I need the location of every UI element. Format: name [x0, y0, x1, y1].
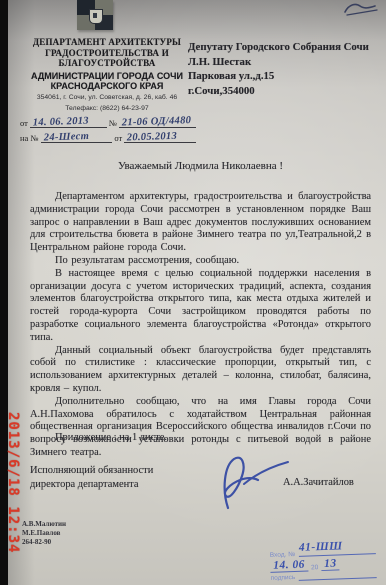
stamp-number-handwritten: 41-ШШ [299, 540, 343, 554]
stamp-number-row: Вход. № 41-ШШ [269, 535, 376, 559]
dept-name-line: БЛАГОУСТРОЙСТВА [18, 58, 196, 69]
in-date-slot: 20.05.2013 [124, 130, 196, 143]
executor-name: М.Е.Павлов [22, 529, 66, 538]
incoming-ref-line: на № 24-Шест от 20.05.2013 [18, 131, 196, 143]
in-number-slot: 24-Шест [41, 130, 113, 143]
admin-name-line: КРАСНОДАРСКОГО КРАЯ [18, 81, 196, 92]
executor-name: А.В.Малютин [22, 520, 66, 529]
body-paragraph: Дополнительно сообщаю, что на имя Главы … [30, 396, 371, 460]
dept-name-line: ДЕПАРТАМЕНТ АРХИТЕКТУРЫ [18, 37, 196, 48]
out-from-label: от [18, 118, 30, 128]
signer-role-line: Исполняющий обязанности [30, 464, 153, 478]
body-paragraph: Данный социальный объект благоустройства… [30, 345, 371, 396]
coat-of-arms-icon [77, 0, 113, 30]
signer-role: Исполняющий обязанности директора департ… [30, 464, 153, 491]
recipient-block: Депутату Городского Собрания Сочи Л.Н. Ш… [188, 40, 369, 98]
stamp-signature-label: подпись [271, 574, 296, 582]
stamp-number-line: 41-ШШ [299, 535, 376, 557]
recipient-line: Депутату Городского Собрания Сочи [188, 40, 369, 55]
letter-body: Департаментом архитектуры, градостроител… [30, 191, 371, 460]
letter-photo: 2013/6/18 12:34 ДЕПАРТАМЕНТ АРХИТЕКТУРЫ … [0, 0, 386, 585]
admin-name-line: АДМИНИСТРАЦИИ ГОРОДА СОЧИ [18, 71, 196, 82]
in-from-label: от [112, 133, 124, 143]
letterhead-address: 354061, г. Сочи, ул. Советская, д. 26, к… [18, 94, 196, 103]
stamp-year-prefix: 20 [311, 564, 318, 571]
recipient-line: Парковая ул.,д.15 [188, 69, 369, 84]
stamp-incoming-label: Вход. № [270, 551, 296, 559]
camera-timestamp: 2013/6/18 12:34 [0, 412, 21, 585]
in-date-handwritten: 20.05.2013 [127, 131, 178, 144]
letterhead: ДЕПАРТАМЕНТ АРХИТЕКТУРЫ ГРАДОСТРОИТЕЛЬСТ… [18, 37, 196, 143]
attachment-note: Приложение : на 1 листе. [30, 432, 371, 443]
recipient-line: Л.Н. Шестак [188, 55, 369, 70]
out-number-handwritten: 21-06 ОД/4480 [122, 115, 192, 128]
out-date-handwritten: 14. 06. 2013 [32, 116, 88, 129]
salutation: Уважаемый Людмила Николаевна ! [30, 160, 371, 172]
executor-phone: 264-82-90 [22, 538, 66, 547]
emblem-shield [89, 9, 103, 24]
recipient-line: г.Сочи,354000 [188, 84, 369, 99]
body-paragraph: По результатам рассмотрения, сообщаю. [30, 255, 371, 268]
stamp-year-handwritten: 13 [321, 557, 340, 571]
outgoing-ref-line: от 14. 06. 2013 № 21-06 ОД/4480 [18, 116, 196, 128]
dept-name-line: ГРАДОСТРОИТЕЛЬСТВА И [18, 48, 196, 59]
body-paragraph: Департаментом архитектуры, градостроител… [30, 191, 371, 255]
out-number-slot: 21-06 ОД/4480 [119, 115, 196, 128]
stamp-signature-row: подпись [271, 571, 377, 582]
signer-name: А.А.Зачитайлов [283, 477, 354, 488]
incoming-registration-stamp: Вход. № 41-ШШ 14. 06 20 13 подпись [269, 535, 376, 582]
approval-scribble-icon [341, 1, 381, 19]
signer-role-line: директора департамента [30, 478, 153, 492]
signature-scribble-icon [214, 450, 294, 514]
in-number-label: на № [18, 133, 41, 143]
out-date-slot: 14. 06. 2013 [30, 115, 107, 128]
body-paragraph: В настоящее время с целью социальной под… [30, 268, 371, 345]
stamp-signature-line [298, 571, 377, 581]
stamp-date-row: 14. 06 20 13 [270, 556, 376, 573]
out-number-label: № [107, 118, 119, 128]
letterhead-phone: Телефакс: (8622) 64-23-97 [18, 105, 196, 114]
stamp-date-handwritten: 14. 06 [270, 559, 308, 573]
executors-block: А.В.Малютин М.Е.Павлов 264-82-90 [22, 520, 66, 547]
in-number-handwritten: 24-Шест [43, 131, 89, 144]
